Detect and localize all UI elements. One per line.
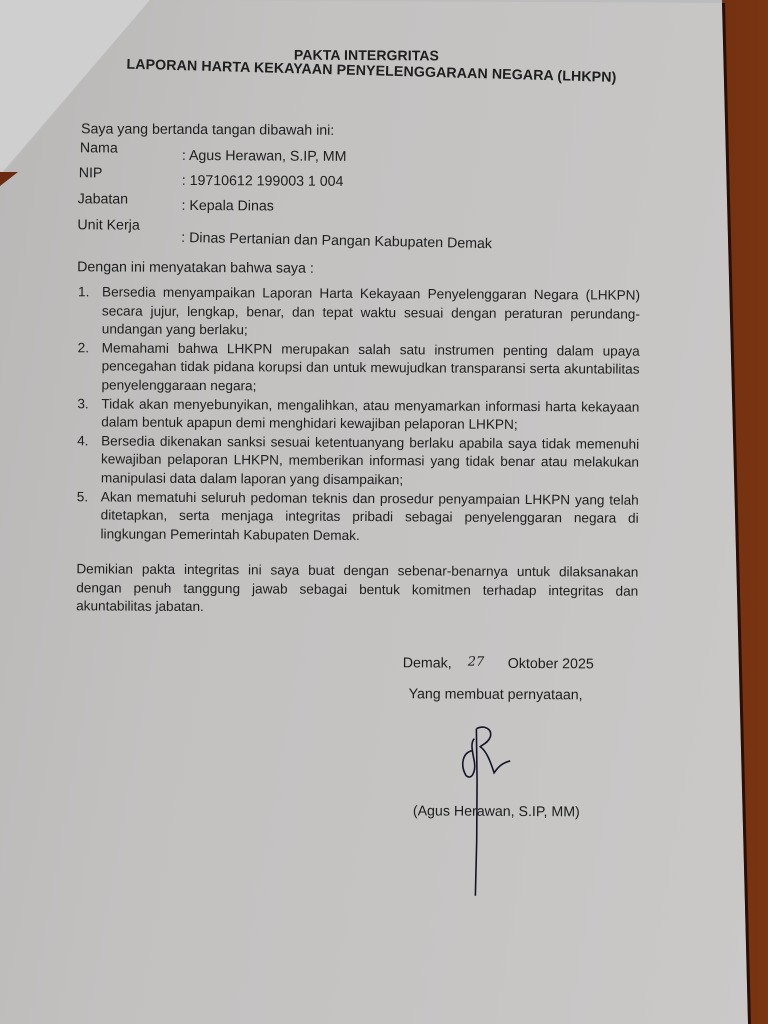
statement-text: Bersedia dikenakan sanksi sesuai ketentu… <box>101 433 639 487</box>
statement-list: 1. Bersedia menyampaikan Laporan Harta K… <box>77 283 641 547</box>
statement-number: 1. <box>78 283 89 302</box>
field-label-nip: NIP <box>79 165 103 181</box>
signatory-name: (Agus Herawan, S.IP, MM) <box>413 803 580 820</box>
field-value-jabatan: : Kepala Dinas <box>182 198 274 215</box>
field-label-nama: Nama <box>80 140 118 156</box>
statement-number: 3. <box>77 395 88 414</box>
statement-item: 5. Akan mematuhi seluruh pedoman teknis … <box>77 488 639 547</box>
field-label-jabatan: Jabatan <box>78 191 129 207</box>
statement-text: Bersedia menyampaikan Laporan Harta Keka… <box>102 284 640 337</box>
field-value-nama: : Agus Herawan, S.IP, MM <box>182 148 347 165</box>
statement-intro: Dengan ini menyatakan bahwa saya : <box>77 259 314 276</box>
field-value-unit-kerja: : Dinas Pertanian dan Pangan Kabupaten D… <box>181 230 492 252</box>
statement-text: Akan mematuhi seluruh pedoman teknis dan… <box>101 489 639 543</box>
signature-caption: Yang membuat pernyataan, <box>409 686 583 703</box>
statement-item: 3. Tidak akan menyebunyikan, mengalihkan… <box>77 395 639 436</box>
statement-item: 2. Memahami bahwa LHKPN merupakan salah … <box>77 339 639 398</box>
statement-number: 5. <box>77 488 88 507</box>
signature-month-year: Oktober 2025 <box>508 656 594 673</box>
statement-number: 2. <box>78 339 89 358</box>
statement-item: 1. Bersedia menyampaikan Laporan Harta K… <box>78 283 640 342</box>
field-label-unit-kerja: Unit Kerja <box>77 217 139 233</box>
field-value-nip: : 19710612 199003 1 004 <box>182 173 344 190</box>
intro-text: Saya yang bertanda tangan dibawah ini: <box>81 121 334 139</box>
statement-text: Tidak akan menyebunyikan, mengalihkan, a… <box>101 396 639 432</box>
statement-number: 4. <box>77 432 88 451</box>
closing-paragraph: Demikian pakta integritas ini saya buat … <box>76 560 638 619</box>
statement-text: Memahami bahwa LHKPN merupakan salah sat… <box>101 340 639 393</box>
statement-item: 4. Bersedia dikenakan sanksi sesuai kete… <box>77 432 639 491</box>
signature-place: Demak, <box>403 655 452 671</box>
document-content: PAKTA INTERGRITAS LAPORAN HARTA KEKAYAAN… <box>0 0 768 1024</box>
signature-day-handwritten: 27 <box>468 655 485 670</box>
